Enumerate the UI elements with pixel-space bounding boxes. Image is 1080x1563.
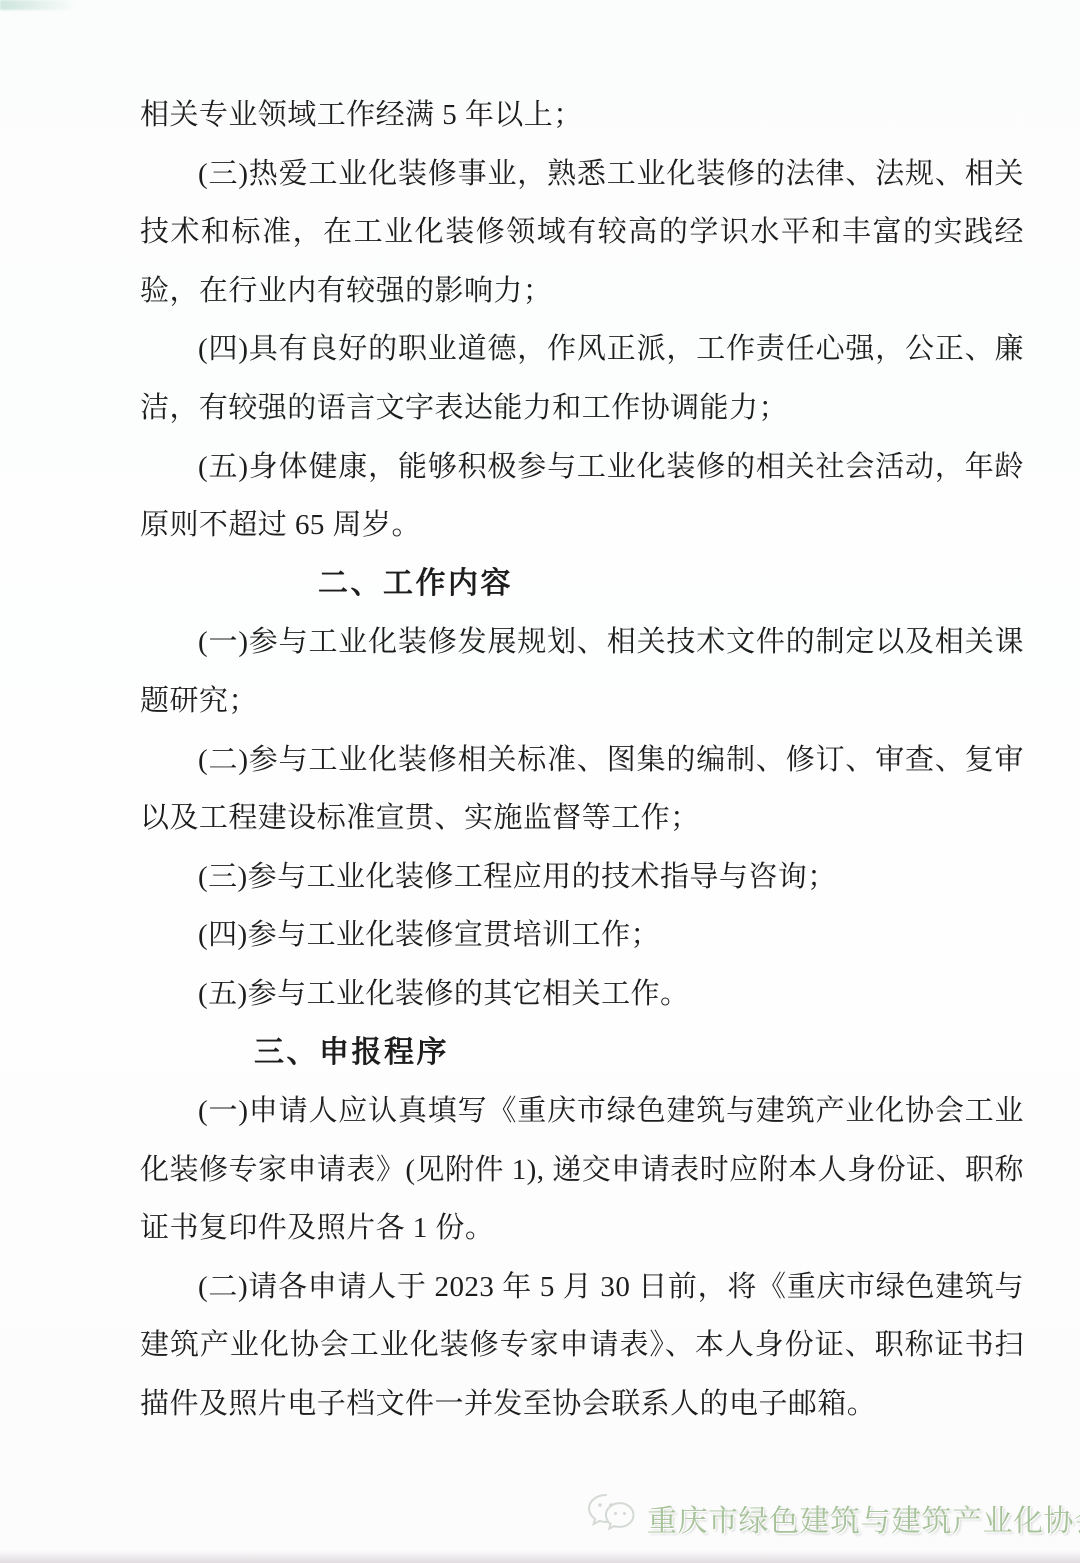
scan-smudge-artifact — [0, 0, 78, 10]
paragraph: (一)申请人应认真填写《重庆市绿色建筑与建筑产业化协会工业化装修专家申请表》(见… — [140, 1082, 1024, 1258]
association-watermark: 重庆市绿色建筑与建筑产业化协会 — [585, 1492, 1080, 1543]
paragraph: (四)参与工业化装修宣贯培训工作； — [140, 906, 1024, 965]
paragraph: 相关专业领域工作经满 5 年以上； — [140, 86, 1024, 145]
scanned-document-page: 相关专业领域工作经满 5 年以上； (三)热爱工业化装修事业，熟悉工业化装修的法… — [0, 0, 1080, 1563]
wechat-icon — [585, 1492, 637, 1543]
paragraph: (三)参与工业化装修工程应用的技术指导与咨询； — [140, 848, 1024, 907]
paragraph: (二)请各申请人于 2023 年 5 月 30 日前，将《重庆市绿色建筑与建筑产… — [140, 1258, 1024, 1434]
paragraph: (三)热爱工业化装修事业，熟悉工业化装修的法律、法规、相关技术和标准，在工业化装… — [140, 145, 1024, 321]
paragraph: (一)参与工业化装修发展规划、相关技术文件的制定以及相关课题研究； — [140, 613, 1024, 730]
watermark-brand-label: 重庆市绿色建筑与建筑产业化协会 — [647, 1496, 1080, 1540]
paragraph: (四)具有良好的职业道德，作风正派，工作责任心强，公正、廉洁，有较强的语言文字表… — [140, 320, 1024, 437]
paragraph: (五)参与工业化装修的其它相关工作。 — [140, 965, 1024, 1024]
section-heading-application-procedure: 三、申报程序 — [194, 1024, 1024, 1083]
document-body: 相关专业领域工作经满 5 年以上； (三)热爱工业化装修事业，熟悉工业化装修的法… — [140, 86, 1024, 1434]
section-heading-work-content: 二、工作内容 — [258, 555, 1024, 614]
scan-edge-shadow — [0, 1550, 1080, 1563]
paragraph: (二)参与工业化装修相关标准、图集的编制、修订、审查、复审以及工程建设标准宣贯、… — [140, 731, 1024, 848]
paragraph: (五)身体健康，能够积极参与工业化装修的相关社会活动，年龄原则不超过 65 周岁… — [140, 438, 1024, 555]
